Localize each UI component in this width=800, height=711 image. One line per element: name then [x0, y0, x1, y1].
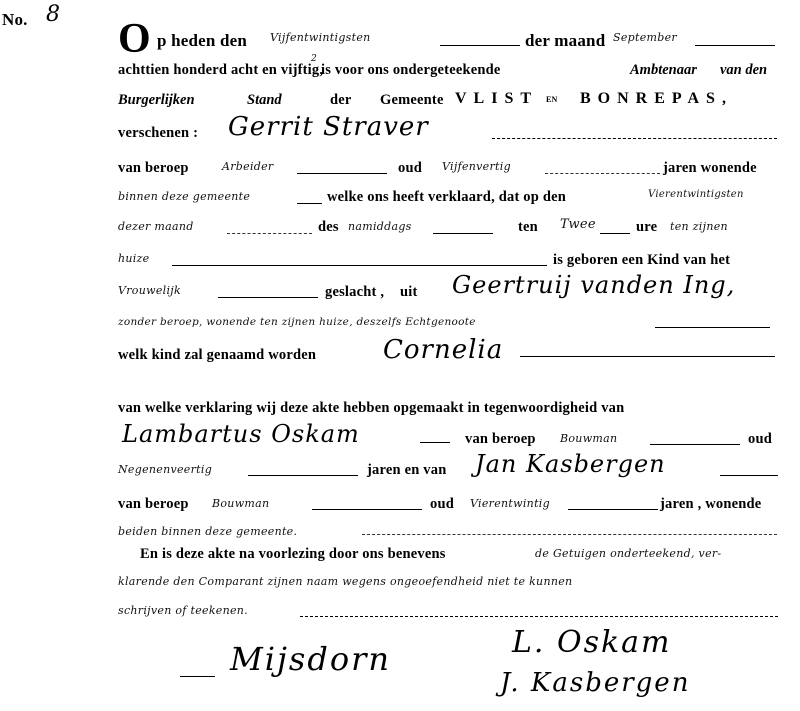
- handwritten-hour: Twee: [560, 217, 596, 232]
- printed-text: van welke verklaring wij deze akte hebbe…: [118, 400, 624, 417]
- witness1-signature: L. Oskam: [512, 625, 672, 660]
- handwritten-age: Negenenveertig: [118, 463, 212, 476]
- record-number-label: No.: [2, 10, 28, 30]
- printed-text: ure: [636, 219, 657, 236]
- fill-line: [172, 265, 547, 266]
- big-initial: O: [118, 18, 151, 60]
- fill-line: [420, 442, 450, 443]
- printed-italic: van den: [720, 62, 767, 79]
- child-name: Cornelia: [383, 335, 503, 365]
- handwritten-text: huize: [118, 252, 150, 265]
- handwritten-text: namiddags: [348, 220, 412, 233]
- fill-line: [297, 173, 387, 174]
- municipality-name-2: BONREPAS,: [580, 90, 733, 108]
- printed-italic: Burgerlijken: [118, 92, 195, 109]
- printed-text: welk kind zal genaamd worden: [118, 347, 316, 364]
- fill-line: [492, 138, 777, 139]
- printed-text: jaren wonende: [663, 160, 757, 177]
- printed-text: p heden den: [157, 31, 247, 51]
- fill-line: [545, 173, 660, 174]
- fill-line: [312, 509, 422, 510]
- printed-text: der maand: [525, 31, 605, 51]
- fill-line: [568, 509, 658, 510]
- handwritten-text: dezer maand: [118, 220, 194, 233]
- record-number-value: 8: [46, 2, 61, 27]
- handwritten-residence: binnen deze gemeente: [118, 190, 250, 203]
- handwritten-date: Vierentwintigsten: [648, 189, 744, 200]
- printed-text: jaren , wonende: [660, 496, 761, 513]
- printed-text: is voor ons ondergeteekende: [321, 62, 501, 79]
- printed-italic: Stand: [247, 92, 282, 109]
- fill-line: [520, 356, 775, 357]
- handwritten-occupation: Bouwman: [212, 497, 269, 510]
- printed-italic: Ambtenaar: [630, 62, 697, 79]
- fill-line: [440, 45, 520, 46]
- printed-text: is geboren een Kind van het: [553, 252, 730, 269]
- handwritten-month: September: [613, 31, 677, 44]
- printed-text: oud: [748, 431, 772, 448]
- handwritten-sex: Vrouwelijk: [118, 284, 181, 297]
- handwritten-text: klarende den Comparant zijnen naam wegen…: [118, 575, 572, 588]
- fill-line: [600, 233, 630, 234]
- fill-line: [650, 444, 740, 445]
- handwritten-text: zonder beroep, wonende ten zijnen huize,…: [118, 316, 476, 328]
- printed-text: des: [318, 219, 339, 236]
- official-signature: Mijsdorn: [230, 640, 391, 678]
- fill-line: [227, 233, 312, 234]
- fill-line: [300, 616, 778, 617]
- signature-flourish: [180, 676, 215, 677]
- printed-text: jaren en van: [367, 462, 446, 479]
- printed-text: welke ons heeft verklaard, dat op den: [327, 189, 566, 206]
- handwritten-residence: beiden binnen deze gemeente.: [118, 525, 297, 538]
- fill-line: [248, 475, 358, 476]
- mother-name: Geertruij vanden Ing,: [452, 271, 735, 299]
- fill-line: [433, 233, 493, 234]
- printed-text: geslacht ,: [325, 284, 384, 301]
- handwritten-day: Vijfentwintigsten: [270, 31, 371, 44]
- printed-text: oud: [398, 160, 422, 177]
- printed-text: verschenen :: [118, 125, 198, 142]
- printed-text: En is deze akte na voorlezing door ons b…: [140, 546, 446, 563]
- printed-text: Gemeente: [380, 92, 444, 109]
- handwritten-text: ten zijnen: [670, 220, 728, 233]
- fill-line: [297, 203, 322, 204]
- municipality-name-1: VLIST: [455, 90, 538, 108]
- handwritten-occupation: Bouwman: [560, 432, 617, 445]
- printed-text: van beroep: [118, 160, 189, 177]
- witness2-signature: J. Kasbergen: [500, 668, 690, 698]
- handwritten-occupation: Arbeider: [222, 160, 273, 173]
- handwritten-text: schrijven of teekenen.: [118, 604, 248, 617]
- handwritten-age: Vierentwintig: [470, 497, 550, 510]
- printed-text: achttien honderd acht en vijftig,: [118, 62, 323, 79]
- witness1-name: Lambartus Oskam: [122, 420, 360, 448]
- printed-text: oud: [430, 496, 454, 513]
- fill-line: [362, 534, 777, 535]
- declarant-name: Gerrit Straver: [228, 112, 429, 142]
- fill-line: [218, 297, 318, 298]
- fill-line: [695, 45, 775, 46]
- fill-line: [655, 327, 770, 328]
- handwritten-text: de Getuigen onderteekend, ver-: [535, 547, 721, 560]
- fill-line: [720, 475, 778, 476]
- printed-text: der: [330, 92, 352, 109]
- witness2-name: Jan Kasbergen: [475, 450, 666, 478]
- printed-text: uit: [400, 284, 418, 301]
- printed-text: ten: [518, 219, 538, 236]
- handwritten-age: Vijfenvertig: [442, 160, 511, 173]
- printed-text: van beroep: [465, 431, 536, 448]
- printed-text: van beroep: [118, 496, 189, 513]
- handwritten-note: 2: [311, 54, 317, 64]
- printed-text: EN: [546, 95, 558, 104]
